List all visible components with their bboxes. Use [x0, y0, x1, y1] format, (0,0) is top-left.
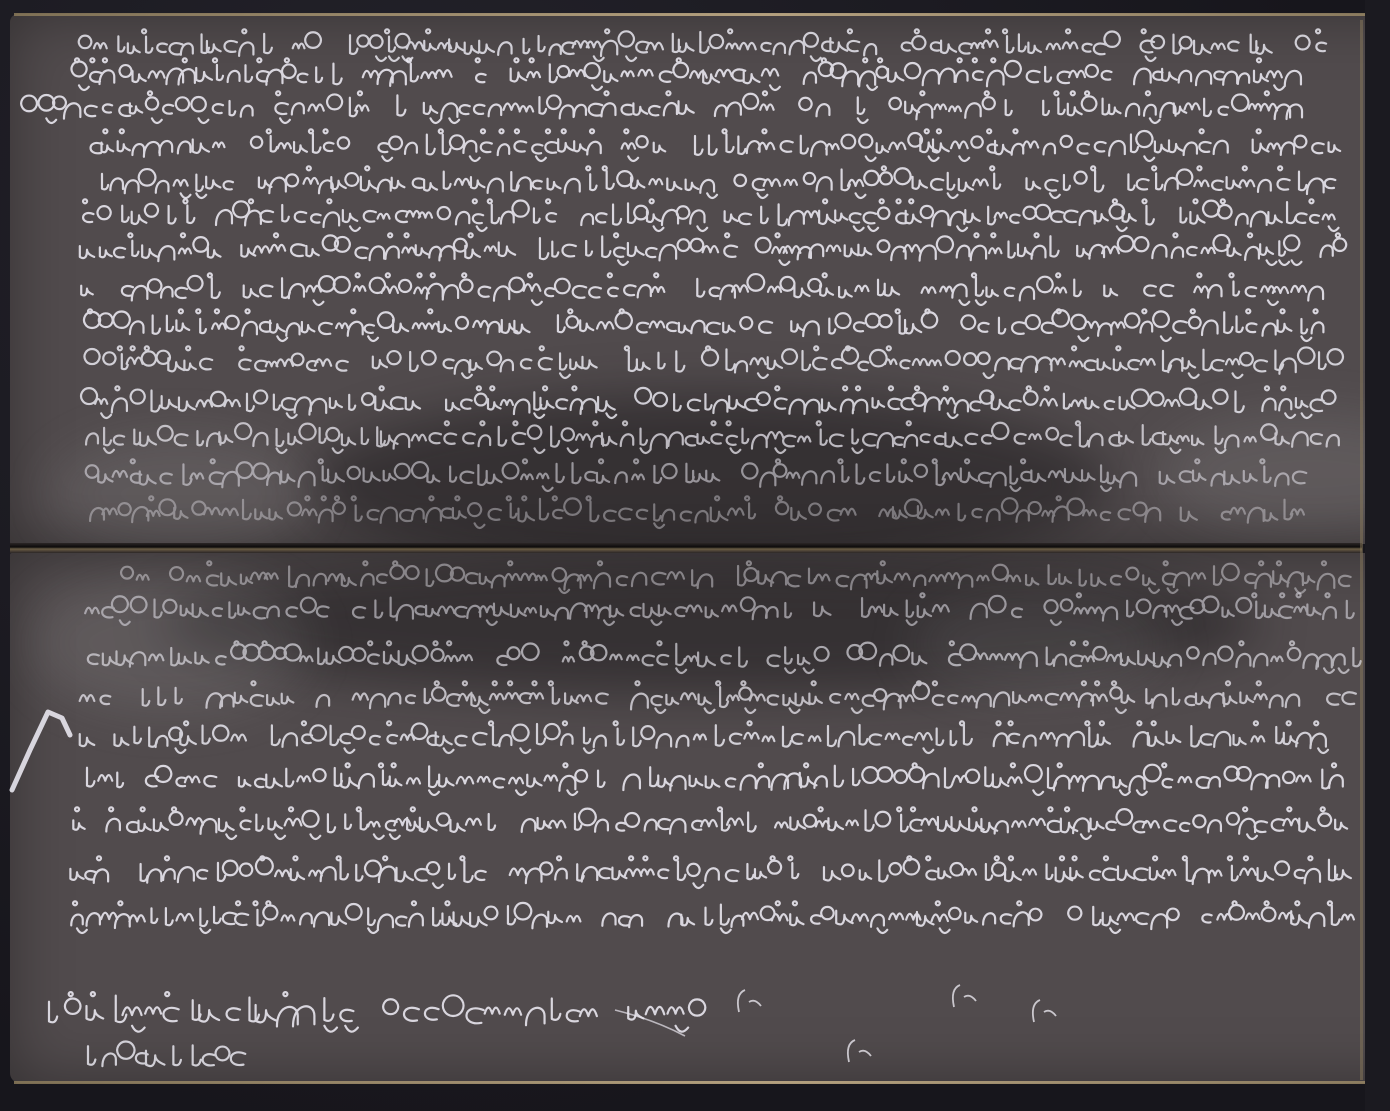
manuscript-text-line — [121, 561, 1351, 593]
manuscript-text-line — [49, 992, 705, 1032]
manuscript-text-line — [88, 641, 1361, 673]
manuscript-text-line — [80, 233, 1346, 265]
manuscript-text-line — [102, 166, 1335, 198]
manuscript-text-line — [85, 593, 1354, 625]
stray-mark — [953, 985, 976, 1007]
stray-mark — [1033, 1000, 1056, 1022]
stray-mark — [848, 1040, 871, 1062]
manuscript-text-line — [71, 901, 1354, 933]
manuscript-text-line — [81, 273, 1323, 305]
manuscript-text-line — [79, 29, 1326, 61]
manuscript-text-line — [85, 346, 1343, 378]
handwritten-script-layer — [0, 0, 1390, 1111]
manuscript-text-line — [81, 386, 1335, 418]
manuscript-text-line — [88, 1042, 245, 1067]
manuscript-text-line — [72, 58, 1301, 90]
manuscript-text-line — [84, 309, 1323, 341]
stray-mark — [738, 990, 761, 1012]
manuscript-text-line — [87, 763, 1343, 795]
margin-checkmark-icon — [12, 712, 70, 790]
manuscript-text-line — [91, 129, 1341, 161]
manuscript-text-line — [83, 199, 1338, 231]
manuscript-text-line — [86, 459, 1306, 491]
manuscript-text-line — [90, 496, 1304, 528]
manuscript-text-line — [73, 807, 1347, 839]
manuscript-text-line — [86, 421, 1339, 453]
manuscript-text-line — [80, 721, 1328, 753]
manuscript-text-line — [80, 681, 1356, 713]
manuscript-text-line — [21, 91, 1302, 123]
manuscript-text-line — [70, 856, 1350, 888]
